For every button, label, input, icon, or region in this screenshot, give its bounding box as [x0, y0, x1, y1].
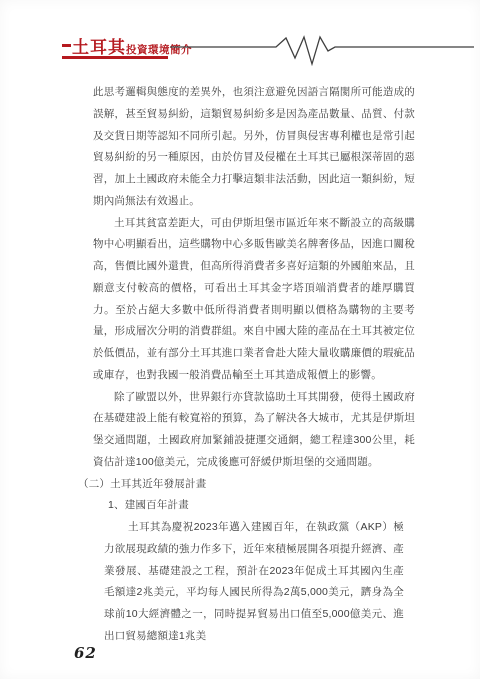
- page-number: 62: [74, 644, 97, 662]
- paragraph-trade-disputes: 此思考邏輯與態度的差異外，也須注意避免因語言隔閡所可能造成的誤解，甚至貿易糾紛，…: [93, 82, 415, 213]
- section-heading-development-plans: （二）土耳其近年發展計畫: [78, 474, 415, 496]
- paragraph-world-bank: 除了歐盟以外，世界銀行亦貸款協助土耳其開發，使得土國政府在基礎建設上能有較寬裕的…: [93, 387, 415, 474]
- paragraph-wealth-gap: 土耳其貧富差距大，可由伊斯坦堡市區近年來不斷設立的高級購物中心明顯看出，這些購物…: [93, 213, 415, 387]
- sub-heading-centennial-plan: 1、建國百年計畫: [108, 495, 415, 517]
- title-dash-decoration: [62, 44, 71, 47]
- title-underline: [62, 56, 168, 59]
- paragraph-centennial-goals: 土耳其為慶祝2023年邁入建國百年，在執政黨（AKP）極力欲展現政績的強力作多下…: [104, 517, 404, 648]
- document-body: 此思考邏輯與態度的差異外，也須注意避免因語言隔閡所可能造成的誤解，甚至貿易糾紛，…: [93, 82, 415, 648]
- scanned-document-page: 土耳其投資環境簡介 此思考邏輯與態度的差異外，也須注意避免因語言隔閡所可能造成的…: [0, 0, 480, 679]
- heartbeat-zigzag-icon: [166, 35, 478, 67]
- page-header: 土耳其投資環境簡介: [62, 33, 418, 67]
- chapter-title-main: 土耳其: [72, 38, 126, 57]
